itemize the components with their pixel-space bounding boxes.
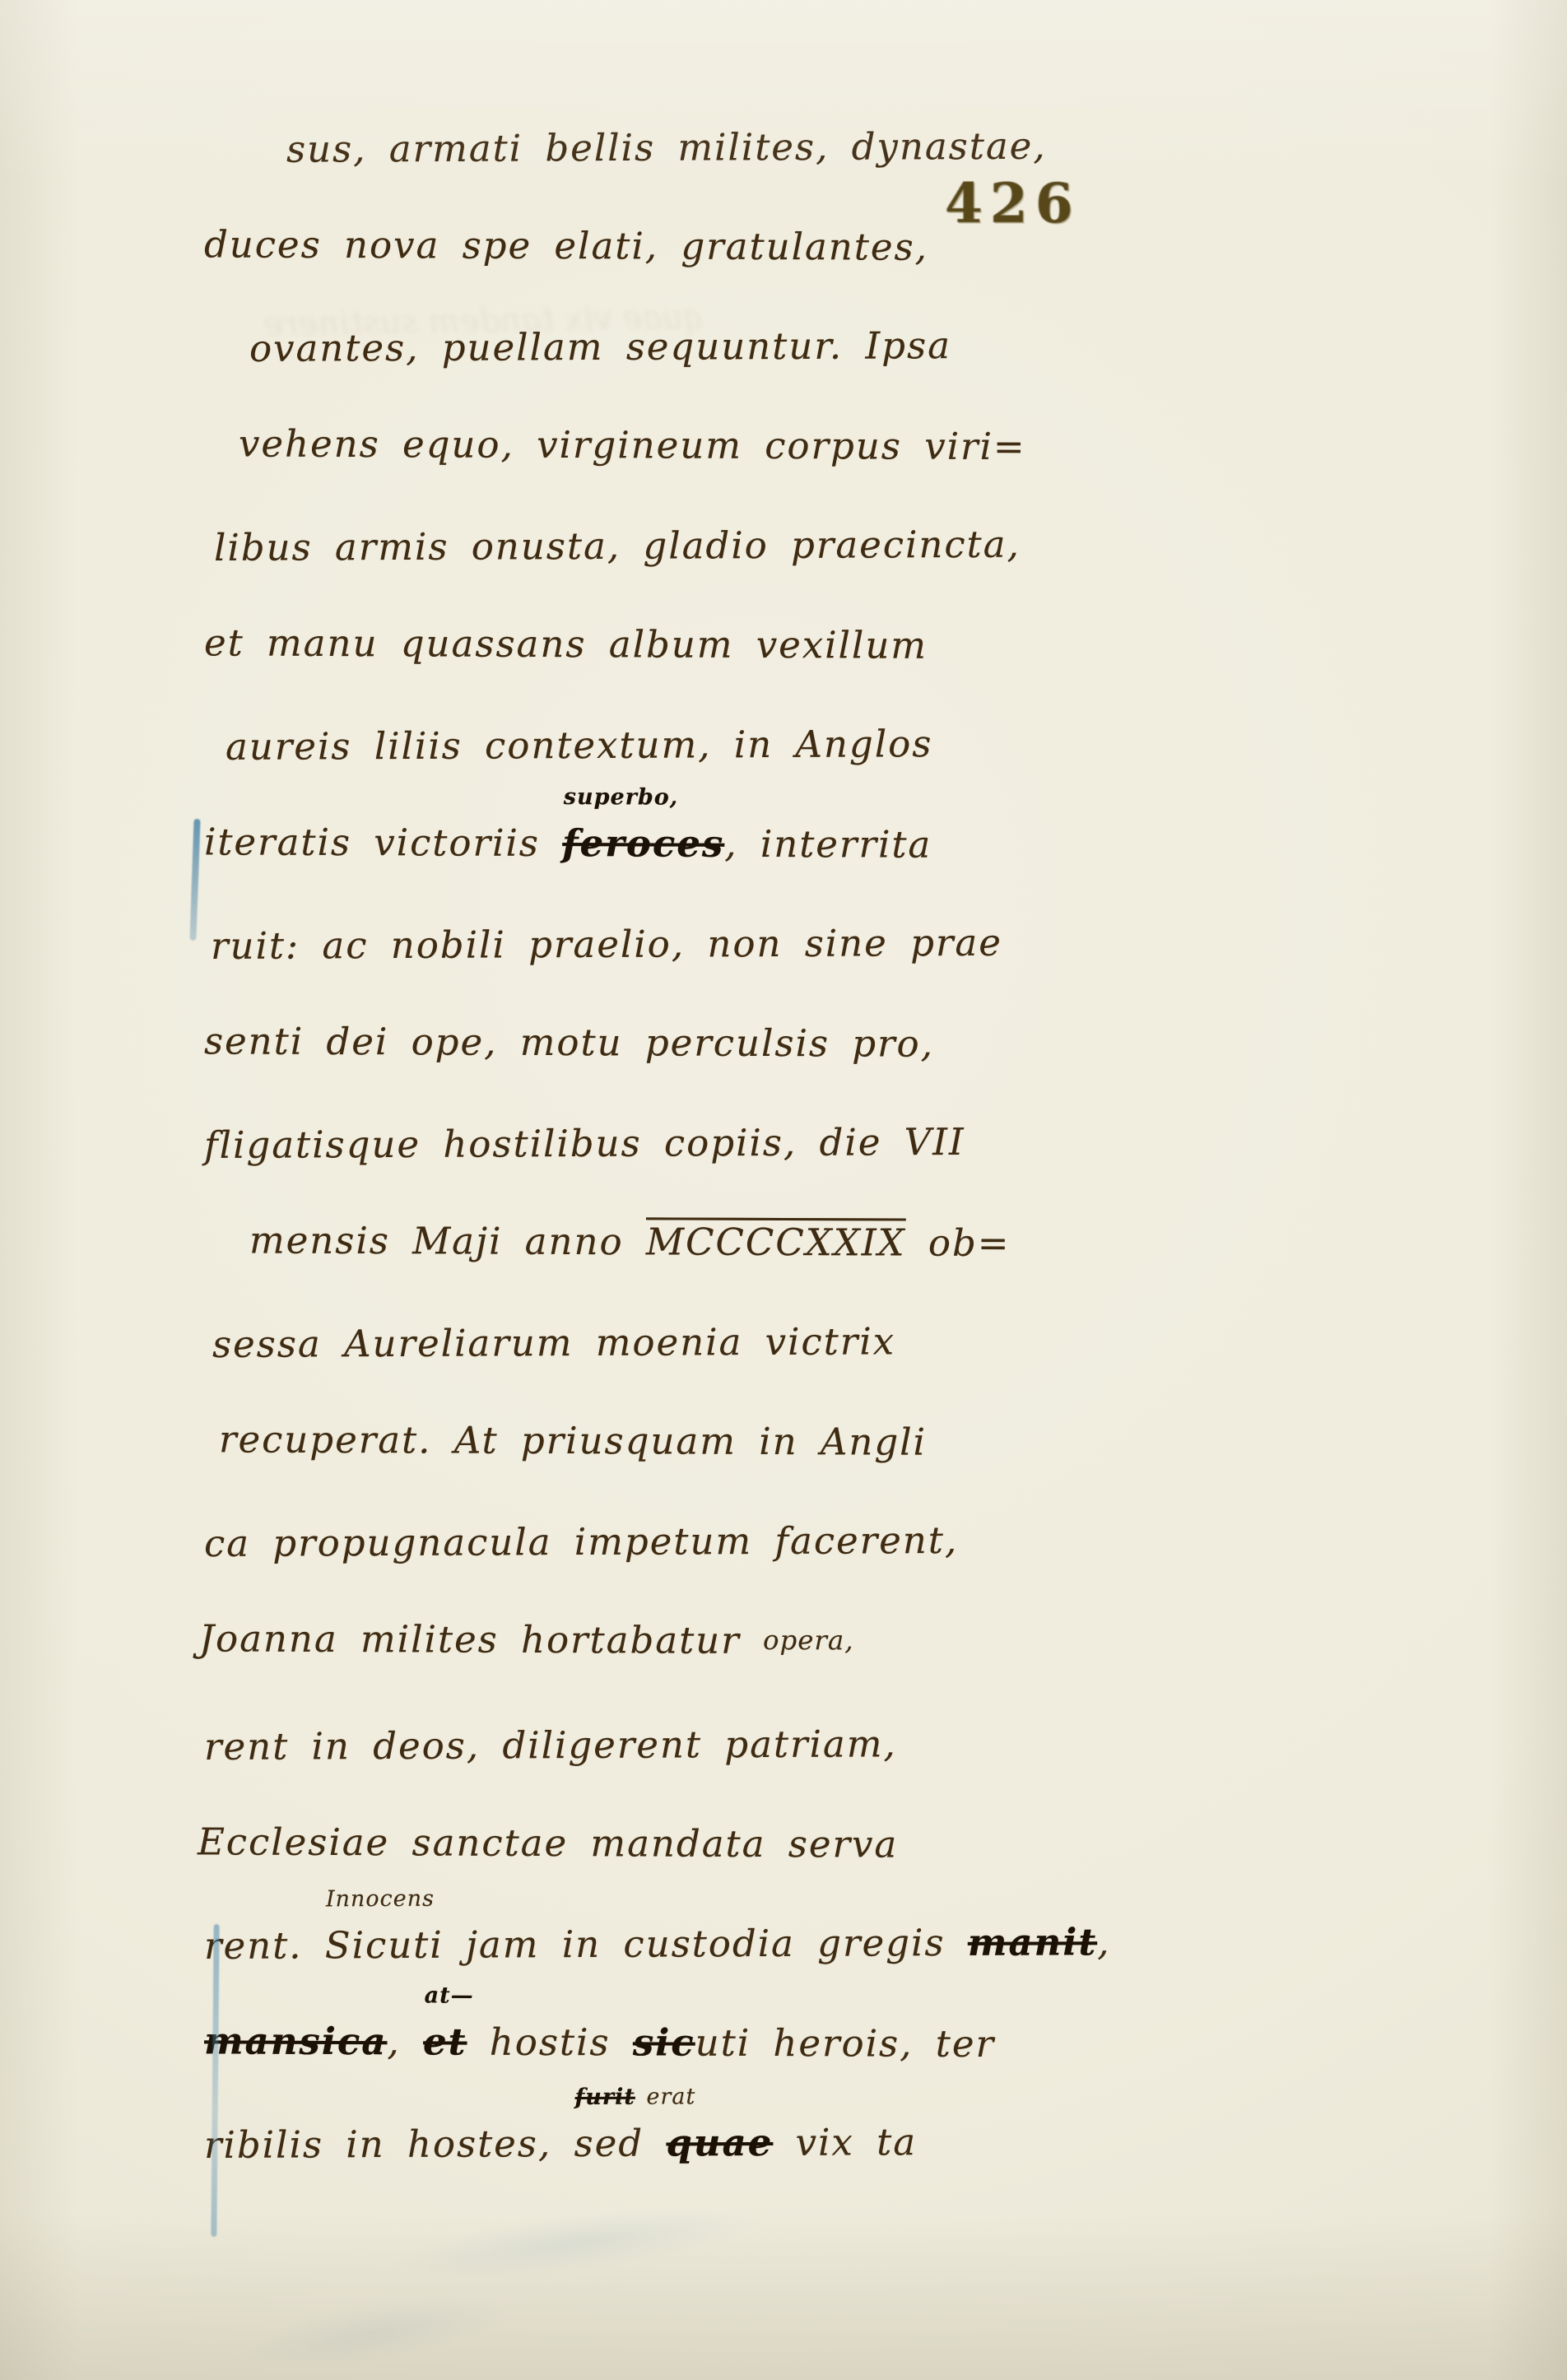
manuscript-word-text: Joanna milites hortabatur [199, 1616, 763, 1662]
manuscript-word-text: sessa Aureliarum moenia victrix [212, 1319, 895, 1366]
manuscript-line: recuperat. At priusquam in Angli [219, 1389, 1328, 1493]
manuscript-word: ovantes, puellam sequuntur. Ipsa [249, 323, 951, 370]
interlinear-insertion: superbo, [564, 747, 679, 848]
manuscript-word: uti herois, ter [695, 2021, 996, 2066]
manuscript-word-text: sus, armati bellis milites, dynastae, [286, 124, 1047, 171]
manuscript-line: Joanna milites hortabatur opera, [199, 1588, 1328, 1696]
interlinear-word: at— [425, 1983, 474, 2009]
manuscript-word-text [644, 2122, 667, 2165]
manuscript-word: MCCCCXXIX [646, 1220, 906, 1264]
manuscript-word: recuperat. At priusquam in Angli [219, 1417, 927, 1463]
manuscript-word: Joanna milites hortabatur [199, 1616, 763, 1662]
manuscript-line: aureis liliis contextum, in Anglos [226, 692, 1329, 797]
struck-word: manit [968, 1920, 1098, 1964]
manuscript-word: , [387, 2020, 423, 2063]
manuscript-word-text: jam in custodia gregis [444, 1921, 968, 1967]
manuscript-word-text: iteratis victoriis [204, 820, 562, 865]
manuscript-line: ca propugnacula impetum facerent, [204, 1489, 1329, 1593]
manuscript-line: fligatisque hostilibus copiis, die VII [204, 1090, 1329, 1195]
manuscript-word-text: vix ta [773, 2120, 917, 2164]
manuscript-word: mensis Maji anno [249, 1218, 646, 1263]
manuscript-word-text: uti herois, ter [695, 2021, 996, 2066]
manuscript-word: , [1097, 1920, 1111, 1964]
manuscript-word: rent. [204, 1923, 325, 1968]
manuscript-word: ca propugnacula impetum facerent, [204, 1518, 958, 1565]
manuscript-line: duces nova spe elati, gratulantes, [204, 194, 1328, 298]
manuscript-word-text: rent in deos, diligerent patriam, [204, 1722, 897, 1769]
manuscript-word: et manu quassans album vexillum [204, 621, 928, 667]
manuscript-word-text: opera, [763, 1625, 854, 1656]
manuscript-word-text: manit [968, 1920, 1098, 1964]
manuscript-line: iteratis victoriis ferocessuperbo,, inte… [204, 792, 1328, 895]
manuscript-word-text: recuperat. At priusquam in Angli [219, 1417, 927, 1463]
manuscript-word-text: mensis Maji anno [249, 1218, 646, 1263]
manuscript-line: senti dei ope, motu perculsis pro, [204, 991, 1328, 1095]
manuscript-word-text: , interrita [724, 822, 932, 867]
manuscript-line: et manu quassans album vexillum [204, 593, 1328, 696]
struck-word: furit [575, 2085, 635, 2110]
manuscript-page: quae vix tandem sustinere 426 sus, armat… [0, 0, 1567, 2380]
pencil-smudge [235, 2281, 513, 2380]
interlinear-word: superbo, [564, 784, 679, 811]
manuscript-word: Ecclesiae sanctae mandata serva [198, 1820, 899, 1866]
manuscript-text: sus, armati bellis milites, dynastae,duc… [204, 97, 1328, 2192]
manuscript-line: sessa Aureliarum moenia victrix [212, 1290, 1329, 1394]
manuscript-line: ruit: ac nobili praelio, non sine prae [211, 891, 1329, 996]
manuscript-word: rent in deos, diligerent patriam, [204, 1722, 897, 1769]
manuscript-line: vehens equo, virgineum corpus viri= [239, 393, 1328, 497]
manuscript-line: sus, armati bellis milites, dynastae, [286, 95, 1329, 199]
manuscript-word: vehens equo, virgineum corpus viri= [239, 421, 1026, 468]
manuscript-word-text: libus armis onusta, gladio praecincta, [214, 523, 1021, 569]
manuscript-word-text: ruit: ac nobili praelio, non sine prae [211, 921, 1002, 968]
manuscript-line: mansica, etat— hostis sicuti herois, ter [204, 1991, 1328, 2094]
manuscript-word: ob= [906, 1221, 1011, 1265]
manuscript-word-text: ribilis in hostes, [204, 2122, 574, 2167]
manuscript-word: sedfurit erat [574, 2122, 644, 2165]
manuscript-word-text: , [387, 2020, 423, 2063]
manuscript-word-text: ovantes, puellam sequuntur. Ipsa [249, 323, 951, 370]
interlinear-word: erat [635, 2085, 696, 2110]
manuscript-word: opera, [763, 1625, 854, 1656]
margin-pencil-mark [189, 819, 200, 941]
pencil-smudge [384, 2191, 767, 2294]
manuscript-word: duces nova spe elati, gratulantes, [204, 222, 928, 268]
manuscript-word: sessa Aureliarum moenia victrix [212, 1319, 895, 1366]
manuscript-line: rent in deos, diligerent patriam, [204, 1692, 1329, 1797]
manuscript-word-text: quae [666, 2121, 773, 2165]
manuscript-word-text: Ecclesiae sanctae mandata serva [198, 1820, 899, 1866]
manuscript-line: libus armis onusta, gladio praecincta, [214, 493, 1329, 597]
manuscript-word: senti dei ope, motu perculsis pro, [204, 1019, 934, 1065]
manuscript-word-text: mansica [204, 2019, 388, 2063]
struck-word: quae [666, 2121, 773, 2165]
manuscript-word: libus armis onusta, gladio praecincta, [214, 523, 1021, 569]
struck-word: ferocessuperbo, [562, 821, 724, 866]
manuscript-word: jam in custodia gregis [444, 1921, 968, 1967]
manuscript-word-text: MCCCCXXIX [646, 1220, 906, 1264]
manuscript-word: ribilis in hostes, [204, 2122, 574, 2167]
manuscript-word: vix ta [773, 2120, 917, 2164]
manuscript-word-text: rent. [204, 1923, 325, 1968]
manuscript-word-text: et manu quassans album vexillum [204, 621, 928, 667]
struck-word: mansica [204, 2019, 388, 2063]
manuscript-word: , interrita [724, 822, 932, 867]
manuscript-word-text: vehens equo, virgineum corpus viri= [239, 421, 1026, 468]
manuscript-line: mensis Maji anno MCCCCXXIX ob= [249, 1190, 1328, 1294]
struck-word: etat— [423, 2020, 467, 2063]
manuscript-word-text: fligatisque hostilibus copiis, die VII [204, 1120, 965, 1167]
manuscript-word: fligatisque hostilibus copiis, die VII [204, 1120, 965, 1167]
manuscript-word-text: ca propugnacula impetum facerent, [204, 1518, 958, 1565]
manuscript-word-text: duces nova spe elati, gratulantes, [204, 222, 928, 268]
manuscript-word [644, 2122, 667, 2165]
interlinear-insertion: Innocens [326, 1849, 435, 1950]
manuscript-word: ruit: ac nobili praelio, non sine prae [211, 921, 1002, 968]
manuscript-line: ovantes, puellam sequuntur. Ipsa [249, 294, 1329, 398]
interlinear-word: Innocens [326, 1886, 435, 1913]
manuscript-word: sus, armati bellis milites, dynastae, [286, 124, 1047, 171]
manuscript-word-text: ob= [906, 1221, 1011, 1265]
manuscript-word-text: , [1097, 1920, 1111, 1964]
manuscript-line: rent. SicutiInnocens jam in custodia gre… [204, 1891, 1329, 1996]
manuscript-word-text: senti dei ope, motu perculsis pro, [204, 1019, 934, 1065]
manuscript-line: ribilis in hostes, sedfurit erat quae vi… [204, 2090, 1329, 2195]
manuscript-word: iteratis victoriis [204, 820, 562, 865]
